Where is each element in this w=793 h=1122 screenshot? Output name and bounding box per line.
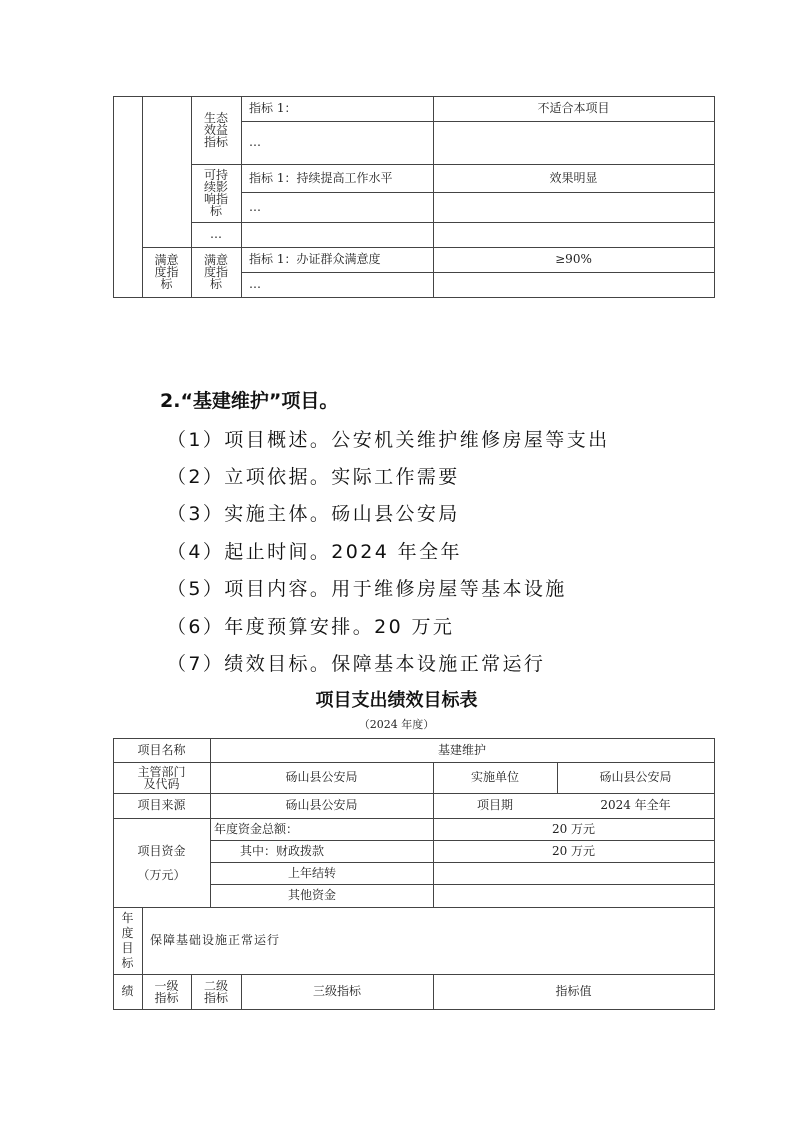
annual-goal-value: 保障基础设施正常运行 bbox=[142, 907, 714, 974]
category-sustainability: 可持 续影 响指 标 bbox=[191, 164, 241, 222]
annual-goal-label: 年 度 目 标 bbox=[113, 907, 142, 974]
table-title: 项目支出绩效目标表 bbox=[0, 686, 793, 712]
indicator-cell: 指标 1：持续提高工作水平 bbox=[241, 164, 433, 192]
funds-carryover-label: 上年结转 bbox=[210, 862, 433, 884]
source-value: 砀山县公安局 bbox=[210, 793, 433, 818]
label-line: 主管部门 bbox=[137, 766, 185, 778]
label-line: 标 bbox=[210, 205, 222, 217]
funds-other-label: 其他资金 bbox=[210, 884, 433, 907]
indicator-cell bbox=[241, 222, 433, 247]
category-satisfaction-level1: 满意 度指 标 bbox=[142, 247, 191, 297]
table-border bbox=[714, 738, 715, 1010]
indicator-value-header: 指标值 bbox=[433, 974, 714, 1009]
label-line: 标 bbox=[160, 278, 172, 290]
dept-value: 砀山县公安局 bbox=[210, 762, 433, 793]
section-item: （5）项目内容。用于维修房屋等基本设施 bbox=[167, 574, 567, 601]
value-cell: 效果明显 bbox=[433, 164, 714, 192]
label-line: 一级 bbox=[154, 980, 178, 992]
section-heading: 2.“基建维护”项目。 bbox=[160, 386, 338, 413]
label-line: 年 bbox=[121, 911, 133, 926]
section-item: （1）项目概述。公安机关维护维修房屋等支出 bbox=[167, 425, 610, 452]
indicator-cell: … bbox=[241, 272, 433, 297]
funds-total-value: 20 万元 bbox=[433, 818, 714, 840]
value-cell: ≥90% bbox=[433, 247, 714, 272]
section-item: （6）年度预算安排。20 万元 bbox=[167, 612, 454, 639]
table-border bbox=[113, 1009, 715, 1010]
label-line: （万元） bbox=[137, 863, 185, 887]
category-eco-benefit: 生态 效益 指标 bbox=[191, 96, 241, 164]
label-line: 度 bbox=[121, 926, 133, 941]
impl-unit-value: 砀山县公安局 bbox=[557, 762, 714, 793]
performance-label: 绩 bbox=[113, 974, 142, 1009]
label-line: 二级 bbox=[204, 980, 228, 992]
label-line: 标 bbox=[210, 278, 222, 290]
category-satisfaction-level2: 满意 度指 标 bbox=[191, 247, 241, 297]
indicator-cell: … bbox=[241, 121, 433, 164]
section-item: （4）起止时间。2024 年全年 bbox=[167, 537, 462, 564]
project-name-value: 基建维护 bbox=[210, 738, 714, 762]
table-border bbox=[113, 297, 715, 298]
level2-header: 二级 指标 bbox=[191, 974, 241, 1009]
value-cell: 不适合本项目 bbox=[433, 96, 714, 121]
period-label: 项目期 bbox=[433, 793, 557, 818]
project-name-label: 项目名称 bbox=[113, 738, 210, 762]
period-value: 2024 年全年 bbox=[557, 793, 714, 818]
dept-label: 主管部门 及代码 bbox=[113, 762, 210, 793]
funds-fiscal-label: 其中：财政拨款 bbox=[210, 840, 433, 862]
funds-total-label: 年度资金总额： bbox=[210, 818, 433, 840]
indicator-cell: 指标 1：办证群众满意度 bbox=[241, 247, 433, 272]
table-border bbox=[714, 96, 715, 298]
label-line: 目 bbox=[121, 941, 133, 956]
funds-carryover-value bbox=[433, 862, 714, 884]
table-border bbox=[113, 96, 114, 298]
section-item: （7）绩效目标。保障基本设施正常运行 bbox=[167, 649, 545, 676]
category-ellipsis: … bbox=[191, 222, 241, 247]
level1-header: 一级 指标 bbox=[142, 974, 191, 1009]
section-item: （3）实施主体。砀山县公安局 bbox=[167, 499, 460, 526]
label-line: 项目资金 bbox=[137, 839, 185, 863]
label-line: 指标 bbox=[154, 992, 178, 1004]
label-line: 及代码 bbox=[143, 778, 179, 790]
impl-unit-label: 实施单位 bbox=[433, 762, 557, 793]
indicator-cell: 指标 1： bbox=[241, 96, 433, 121]
section-item: （2）立项依据。实际工作需要 bbox=[167, 462, 460, 489]
label-line: 指标 bbox=[204, 992, 228, 1004]
label-line: 指标 bbox=[204, 136, 228, 148]
funds-fiscal-value: 20 万元 bbox=[433, 840, 714, 862]
indicator-cell: … bbox=[241, 192, 433, 222]
funds-label: 项目资金 （万元） bbox=[113, 818, 210, 907]
funds-other-value bbox=[433, 884, 714, 907]
label-line: 标 bbox=[121, 956, 133, 971]
level3-header: 三级指标 bbox=[241, 974, 433, 1009]
table-subtitle: （2024 年度） bbox=[0, 716, 793, 732]
source-label: 项目来源 bbox=[113, 793, 210, 818]
